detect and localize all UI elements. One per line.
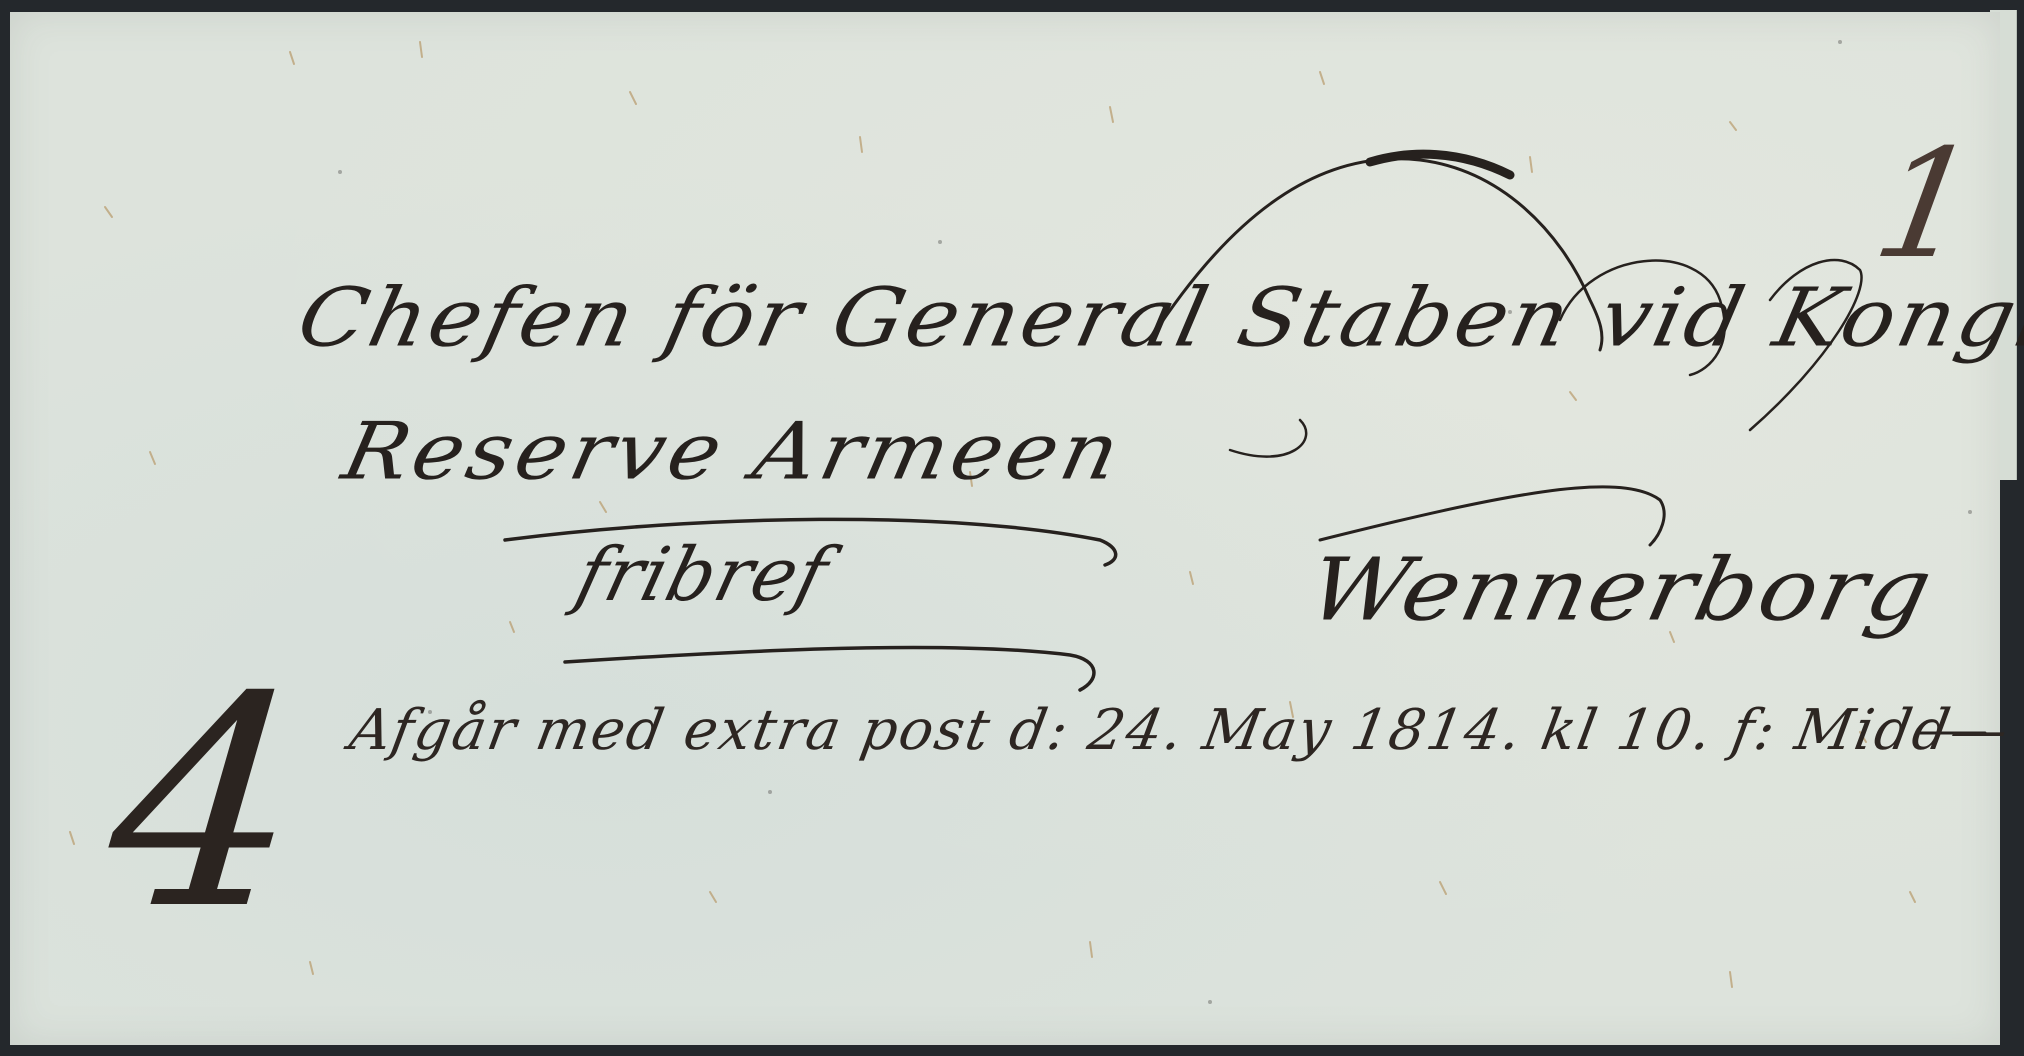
address-line-1: Chefen för General Staben vid Kongl (290, 270, 2024, 365)
endorsement-text: fribref (568, 532, 837, 618)
paper-fibers (10, 12, 2000, 1045)
letter-sheet (10, 12, 2000, 1045)
dispatch-note: Afgår med extra post d: 24. May 1814. kl… (345, 698, 2015, 763)
address-line-2: Reserve Armeen (335, 406, 1131, 498)
destination-text: Wennerborg (1300, 539, 1942, 640)
